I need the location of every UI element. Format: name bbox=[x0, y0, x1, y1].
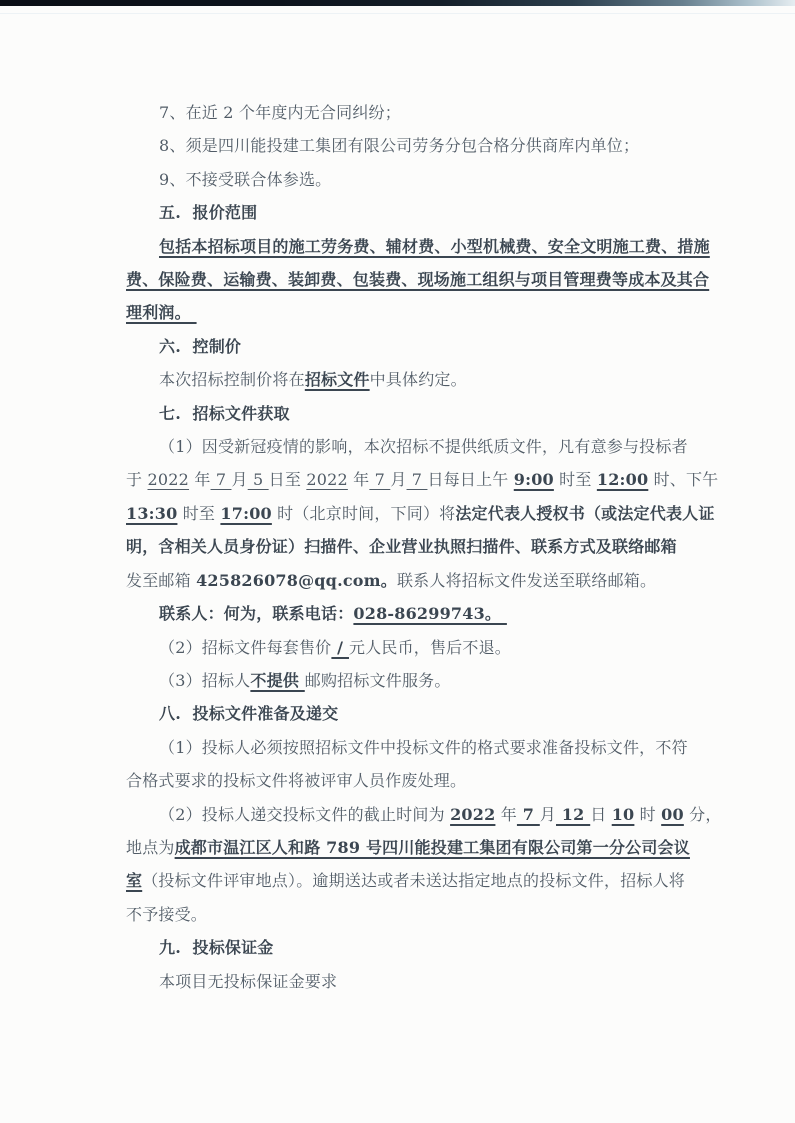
text-segment: 中具体约定。 bbox=[370, 370, 467, 389]
text-segment: 本项目无投标保证金要求 bbox=[159, 972, 337, 991]
text-line: 发至邮箱 425826078@qq.com。联系人将招标文件发送至联络邮箱。 bbox=[126, 564, 692, 597]
text-segment: 招标文件 bbox=[305, 370, 370, 389]
text-segment: 于 bbox=[126, 470, 148, 489]
text-segment: 时、下午 bbox=[648, 470, 718, 489]
text-line: 费、保险费、运输费、装卸费、包装费、现场施工组织与项目管理费等成本及其合 bbox=[126, 263, 692, 296]
text-segment: 7 bbox=[369, 470, 390, 489]
text-segment: 包括本招标项目的施工劳务费、辅材费、小型机械费、安全文明施工费、措施 bbox=[159, 237, 710, 256]
text-segment: 联系人：何为，联系电话： bbox=[159, 604, 353, 623]
heading-line: 九. 投标保证金 bbox=[126, 931, 692, 964]
text-segment: 00 bbox=[661, 805, 684, 824]
text-segment: 7 bbox=[407, 470, 428, 489]
text-segment: 7 bbox=[517, 805, 540, 824]
text-line: （1）投标人必须按照招标文件中投标文件的格式要求准备投标文件，不符 bbox=[126, 731, 692, 764]
text-segment: 合格式要求的投标文件将被评审人员作废处理。 bbox=[126, 771, 466, 790]
text-segment: 日 bbox=[590, 805, 612, 824]
text-segment: 日每日上午 bbox=[427, 470, 513, 489]
text-segment: 12 bbox=[556, 805, 590, 824]
text-segment: 八. 投标文件准备及递交 bbox=[159, 704, 338, 723]
scan-edge-faint-line bbox=[0, 13, 795, 14]
text-segment: 425826078@qq.com。 bbox=[196, 571, 397, 590]
text-segment: 月 bbox=[540, 805, 556, 824]
text-segment: 邮购招标文件服务。 bbox=[305, 671, 451, 690]
text-segment: 七. 招标文件获取 bbox=[159, 404, 290, 423]
document-page: 7、在近 2 个年度内无合同纠纷；8、须是四川能投建工集团有限公司劳务分包合格分… bbox=[0, 0, 795, 1123]
text-line: 明，含相关人员身份证）扫描件、企业营业执照扫描件、联系方式及联络邮箱 bbox=[126, 530, 692, 563]
text-segment: 13:30 bbox=[126, 504, 177, 523]
text-segment: 费、保险费、运输费、装卸费、包装费、现场施工组织与项目管理费等成本及其合 bbox=[126, 270, 709, 289]
text-segment: 17:00 bbox=[220, 504, 271, 523]
heading-line: 七. 招标文件获取 bbox=[126, 397, 692, 430]
text-segment: 月 bbox=[231, 470, 247, 489]
text-segment: 法定代表人授权书（或法定代表人证 bbox=[455, 504, 714, 523]
text-segment: 时至 bbox=[177, 504, 220, 523]
text-segment: （2）投标人递交投标文件的截止时间为 bbox=[159, 805, 450, 824]
text-segment: 地点为 bbox=[126, 838, 175, 857]
text-segment: 2022 bbox=[450, 805, 495, 824]
text-segment: 发至邮箱 bbox=[126, 571, 196, 590]
text-segment: （3）招标人 bbox=[159, 671, 250, 690]
heading-line: 五. 报价范围 bbox=[126, 196, 692, 229]
heading-line: 八. 投标文件准备及递交 bbox=[126, 697, 692, 730]
text-segment: 2022 bbox=[306, 470, 348, 489]
text-segment: 5 bbox=[248, 470, 269, 489]
text-line: 7、在近 2 个年度内无合同纠纷； bbox=[126, 96, 692, 129]
text-segment: 时（北京时间，下同）将 bbox=[272, 504, 456, 523]
text-line: 9、不接受联合体参选。 bbox=[126, 163, 692, 196]
text-segment: 成都市温江区人和路 789 号四川能投建工集团有限公司第一分公司会议 bbox=[175, 838, 690, 857]
text-line: 室（投标文件评审地点）。逾期送达或者未送达指定地点的投标文件，招标人将 bbox=[126, 864, 692, 897]
text-segment: 9、不接受联合体参选。 bbox=[159, 170, 331, 189]
text-segment: / bbox=[331, 638, 349, 657]
text-segment: 年 bbox=[495, 805, 517, 824]
text-line: 理利润。 bbox=[126, 296, 692, 329]
text-segment: 时至 bbox=[554, 470, 597, 489]
text-segment: 10 bbox=[612, 805, 635, 824]
text-segment: 分， bbox=[684, 805, 722, 824]
text-line: 13:30 时至 17:00 时（北京时间，下同）将法定代表人授权书（或法定代表… bbox=[126, 497, 692, 530]
text-line: 合格式要求的投标文件将被评审人员作废处理。 bbox=[126, 764, 692, 797]
text-line: （2）投标人递交投标文件的截止时间为 2022 年 7 月 12 日 10 时 … bbox=[126, 798, 692, 831]
text-line: 本次招标控制价将在招标文件中具体约定。 bbox=[126, 363, 692, 396]
text-segment: 六. 控制价 bbox=[159, 337, 241, 356]
text-line: 联系人：何为，联系电话：028-86299743。 bbox=[126, 597, 692, 630]
text-line: （1）因受新冠疫情的影响，本次招标不提供纸质文件，凡有意参与投标者 bbox=[126, 430, 692, 463]
text-segment: 028-86299743。 bbox=[353, 604, 506, 623]
text-segment: 时 bbox=[634, 805, 661, 824]
text-line: 地点为成都市温江区人和路 789 号四川能投建工集团有限公司第一分公司会议 bbox=[126, 831, 692, 864]
text-segment: （1）投标人必须按照招标文件中投标文件的格式要求准备投标文件，不符 bbox=[159, 738, 688, 757]
text-line: 本项目无投标保证金要求 bbox=[126, 965, 692, 998]
text-line: 8、须是四川能投建工集团有限公司劳务分包合格分供商库内单位； bbox=[126, 129, 692, 162]
text-segment: 7、在近 2 个年度内无合同纠纷； bbox=[159, 103, 401, 122]
text-segment: 明，含相关人员身份证）扫描件、企业营业执照扫描件、联系方式及联络邮箱 bbox=[126, 537, 677, 556]
text-segment: （投标文件评审地点）。逾期送达或者未送达指定地点的投标文件，招标人将 bbox=[142, 871, 685, 890]
text-segment: 日至 bbox=[269, 470, 307, 489]
text-line: （2）招标文件每套售价 / 元人民币，售后不退。 bbox=[126, 631, 692, 664]
text-segment: 7 bbox=[211, 470, 232, 489]
text-segment: （1）因受新冠疫情的影响，本次招标不提供纸质文件，凡有意参与投标者 bbox=[159, 437, 688, 456]
text-segment: 本次招标控制价将在 bbox=[159, 370, 305, 389]
text-segment: （2）招标文件每套售价 bbox=[159, 638, 331, 657]
text-segment: 不提供 bbox=[250, 671, 304, 690]
text-segment: 8、须是四川能投建工集团有限公司劳务分包合格分供商库内单位； bbox=[159, 136, 639, 155]
text-line: （3）招标人不提供 邮购招标文件服务。 bbox=[126, 664, 692, 697]
text-segment: 九. 投标保证金 bbox=[159, 938, 274, 957]
text-segment: 月 bbox=[390, 470, 406, 489]
scan-edge-artifact bbox=[0, 0, 795, 6]
document-content: 7、在近 2 个年度内无合同纠纷；8、须是四川能投建工集团有限公司劳务分包合格分… bbox=[126, 96, 692, 998]
text-segment: 2022 bbox=[148, 470, 190, 489]
text-segment: 联系人将招标文件发送至联络邮箱。 bbox=[397, 571, 656, 590]
text-line: 包括本招标项目的施工劳务费、辅材费、小型机械费、安全文明施工费、措施 bbox=[126, 230, 692, 263]
text-segment: 12:00 bbox=[597, 470, 648, 489]
text-segment: 元人民币，售后不退。 bbox=[349, 638, 511, 657]
heading-line: 六. 控制价 bbox=[126, 330, 692, 363]
text-segment: 五. 报价范围 bbox=[159, 203, 257, 222]
text-segment: 理利润。 bbox=[126, 303, 197, 322]
text-segment: 9:00 bbox=[514, 470, 554, 489]
text-segment: 年 bbox=[189, 470, 211, 489]
text-segment: 室 bbox=[126, 871, 142, 890]
text-segment: 不予接受。 bbox=[126, 905, 207, 924]
text-line: 不予接受。 bbox=[126, 898, 692, 931]
text-line: 于 2022 年 7 月 5 日至 2022 年 7 月 7 日每日上午 9:0… bbox=[126, 463, 692, 496]
text-segment: 年 bbox=[348, 470, 370, 489]
